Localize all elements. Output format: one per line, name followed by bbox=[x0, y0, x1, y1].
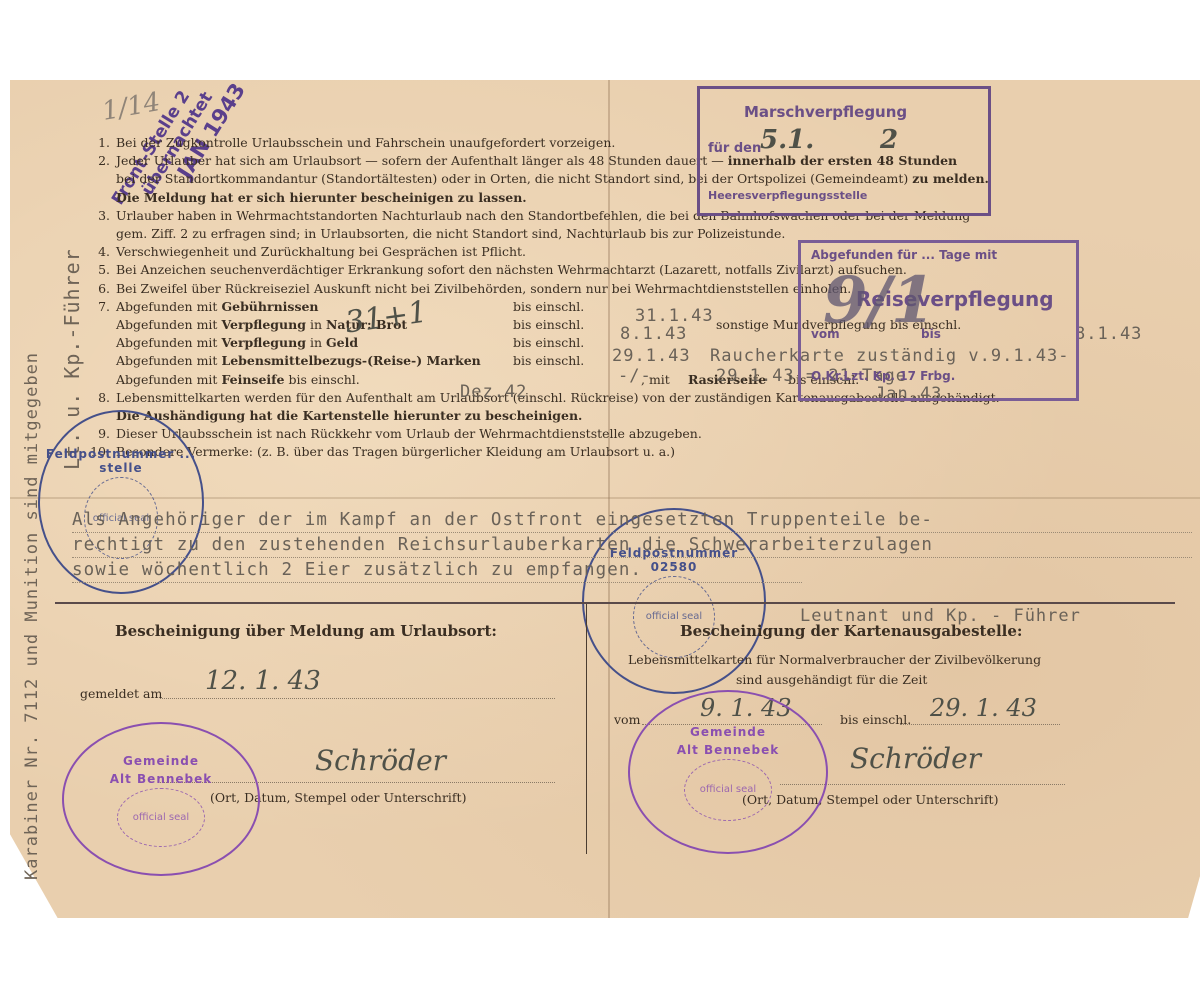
typed-soap-date: Dez.42 bbox=[460, 382, 527, 402]
provision-mid: in bbox=[310, 317, 322, 332]
instruction-text: Verschwiegenheit und Zurückhaltung bei G… bbox=[116, 244, 526, 259]
seal-emblem-placeholder: official seal bbox=[117, 788, 204, 847]
column-divider bbox=[586, 604, 587, 854]
reiseverpflegung-handwritten: 9/1 bbox=[823, 263, 935, 338]
typed-bread-date: 8.1.43 bbox=[620, 324, 687, 344]
cards-to-line bbox=[900, 724, 1060, 725]
provision-prefix: Abgefunden mit bbox=[116, 353, 217, 368]
typed-ration-stamps: -/- bbox=[618, 366, 652, 386]
section-divider bbox=[55, 602, 1175, 604]
cert-reporting-title: Bescheinigung über Meldung am Urlaubsort… bbox=[115, 622, 497, 640]
seal-line2: Alt Bennebek bbox=[110, 772, 213, 786]
instruction-number: 6. bbox=[88, 280, 110, 298]
seal-ring-text: Feldpostnummer ... stelle bbox=[40, 447, 202, 475]
instruction-text: Bei der Zugkontrolle Urlaubsschein und F… bbox=[116, 135, 615, 150]
marschverpflegung-for-label: für den bbox=[708, 141, 761, 156]
instruction-text: Dieser Urlaubsschein ist nach Rückkehr v… bbox=[116, 426, 702, 441]
seal-caption: official seal bbox=[646, 611, 702, 622]
instruction-number: 7. bbox=[88, 298, 110, 316]
instruction-emphasis: Die Aushändigung hat die Kartenstelle hi… bbox=[116, 408, 582, 423]
reiseverpflegung-label: Abgefunden für ... Tage mit bbox=[811, 248, 997, 262]
provision-prefix: Abgefunden mit bbox=[116, 335, 217, 350]
reiseverpflegung-unit: O.Kr.Lzt. Kp. 17 Frbg. bbox=[811, 369, 955, 383]
provision-prefix: Abgefunden mit bbox=[116, 317, 217, 332]
provision-until-label: bis einschl. bbox=[513, 316, 584, 334]
reiseverpflegung-stamp: Abgefunden für ... Tage mit Reiseverpfle… bbox=[798, 240, 1079, 401]
seal-line1: Gemeinde bbox=[123, 754, 199, 768]
reported-on-label: gemeldet am bbox=[80, 686, 162, 701]
seal-line2: Alt Bennebek bbox=[677, 743, 780, 757]
typed-other-food-date: 8.1.43 bbox=[1075, 324, 1142, 344]
marschverpflegung-unit: Heeresverpflegungsstelle bbox=[708, 189, 867, 202]
marschverpflegung-title: Marschverpflegung bbox=[744, 103, 907, 121]
remark-line: rechtigt zu den zustehenden Reichsurlaub… bbox=[72, 533, 1192, 558]
cards-to-value: 29. 1. 43 bbox=[930, 694, 1037, 722]
reported-on-value: 12. 1. 43 bbox=[205, 666, 321, 696]
instruction-text: gem. Ziff. 2 zu erfragen sind; in Urlaub… bbox=[116, 226, 785, 241]
special-remarks: Als Angehöriger der im Kampf an der Ostf… bbox=[72, 508, 1192, 583]
provision-item: Verpflegung bbox=[221, 335, 306, 350]
margin-weapon-note: Karabiner Nr. 7112 und Munition sind mit… bbox=[22, 352, 42, 880]
municipality-seal-left: Gemeinde Alt Bennebek official seal bbox=[62, 722, 260, 876]
cert-cards-title: Bescheinigung der Kartenausgabestelle: bbox=[680, 622, 1022, 640]
provision-until-label: bis einschl. bbox=[513, 352, 584, 370]
marschverpflegung-date: 5.1. bbox=[760, 125, 814, 155]
instruction-number: 4. bbox=[88, 243, 110, 261]
typed-money-date: 29.1.43 bbox=[612, 346, 691, 366]
cards-from-label: vom bbox=[614, 712, 640, 727]
instruction-text: Jeder Urlauber hat sich am Urlaubsort — … bbox=[116, 153, 724, 168]
instruction-8-note: Die Aushändigung hat die Kartenstelle hi… bbox=[88, 407, 1118, 425]
reporting-signature: Schröder bbox=[315, 744, 446, 777]
instruction-number: 1. bbox=[88, 134, 110, 152]
cert-cards-line1: Lebensmittelkarten für Normalverbraucher… bbox=[628, 652, 1041, 667]
provision-item: Feinseife bbox=[221, 372, 284, 387]
instruction-text: Bei Zweifel über Rückreiseziel Auskunft … bbox=[116, 281, 851, 296]
seal-caption: official seal bbox=[700, 784, 756, 795]
marschverpflegung-count: 2 bbox=[880, 125, 898, 155]
provision-item: Gebührnissen bbox=[221, 299, 318, 314]
cards-signature: Schröder bbox=[850, 742, 981, 775]
provision-item: Lebensmittelbezugs-(Reise-) Marken bbox=[221, 353, 480, 368]
provision-until-label: bis einschl. bbox=[288, 372, 359, 387]
provision-prefix: Abgefunden mit bbox=[116, 372, 217, 387]
seal-emblem-placeholder: official seal bbox=[684, 759, 772, 822]
instruction-emphasis: Die Meldung hat er sich hierunter besche… bbox=[116, 190, 527, 205]
provision-mid: in bbox=[310, 335, 322, 350]
municipality-seal-right: Gemeinde Alt Bennebek official seal bbox=[628, 690, 828, 854]
provision-prefix: Abgefunden mit bbox=[116, 299, 217, 314]
instruction-9: 9.Dieser Urlaubsschein ist nach Rückkehr… bbox=[88, 425, 1118, 443]
instruction-number: 2. bbox=[88, 152, 110, 170]
typed-fees-date: 31.1.43 bbox=[635, 306, 714, 326]
instruction-number: 8. bbox=[88, 389, 110, 407]
provision-item: Verpflegung bbox=[221, 317, 306, 332]
remark-line: sowie wöchentlich 2 Eier zusätzlich zu e… bbox=[72, 558, 802, 583]
instruction-text: Bei Anzeichen seuchenverdächtiger Erkran… bbox=[116, 262, 907, 277]
remark-line: Als Angehöriger der im Kampf an der Ostf… bbox=[72, 508, 1192, 533]
instruction-10: 10.Besondere Vermerke: (z. B. über das T… bbox=[88, 443, 1118, 461]
seal-emblem-placeholder: official seal bbox=[633, 576, 714, 658]
provision-until-label: bis einschl. bbox=[513, 298, 584, 316]
instruction-number: 5. bbox=[88, 261, 110, 279]
cert-cards-line2: sind ausgehändigt für die Zeit bbox=[736, 672, 927, 687]
provision-until-label: bis einschl. bbox=[513, 334, 584, 352]
instruction-number: 3. bbox=[88, 207, 110, 225]
reported-on-line bbox=[160, 698, 555, 699]
seal-line1: Gemeinde bbox=[690, 725, 766, 739]
seal-caption: official seal bbox=[133, 812, 189, 823]
marschverpflegung-stamp: Marschverpflegung für den 5.1. 2 Heeresv… bbox=[697, 86, 991, 216]
